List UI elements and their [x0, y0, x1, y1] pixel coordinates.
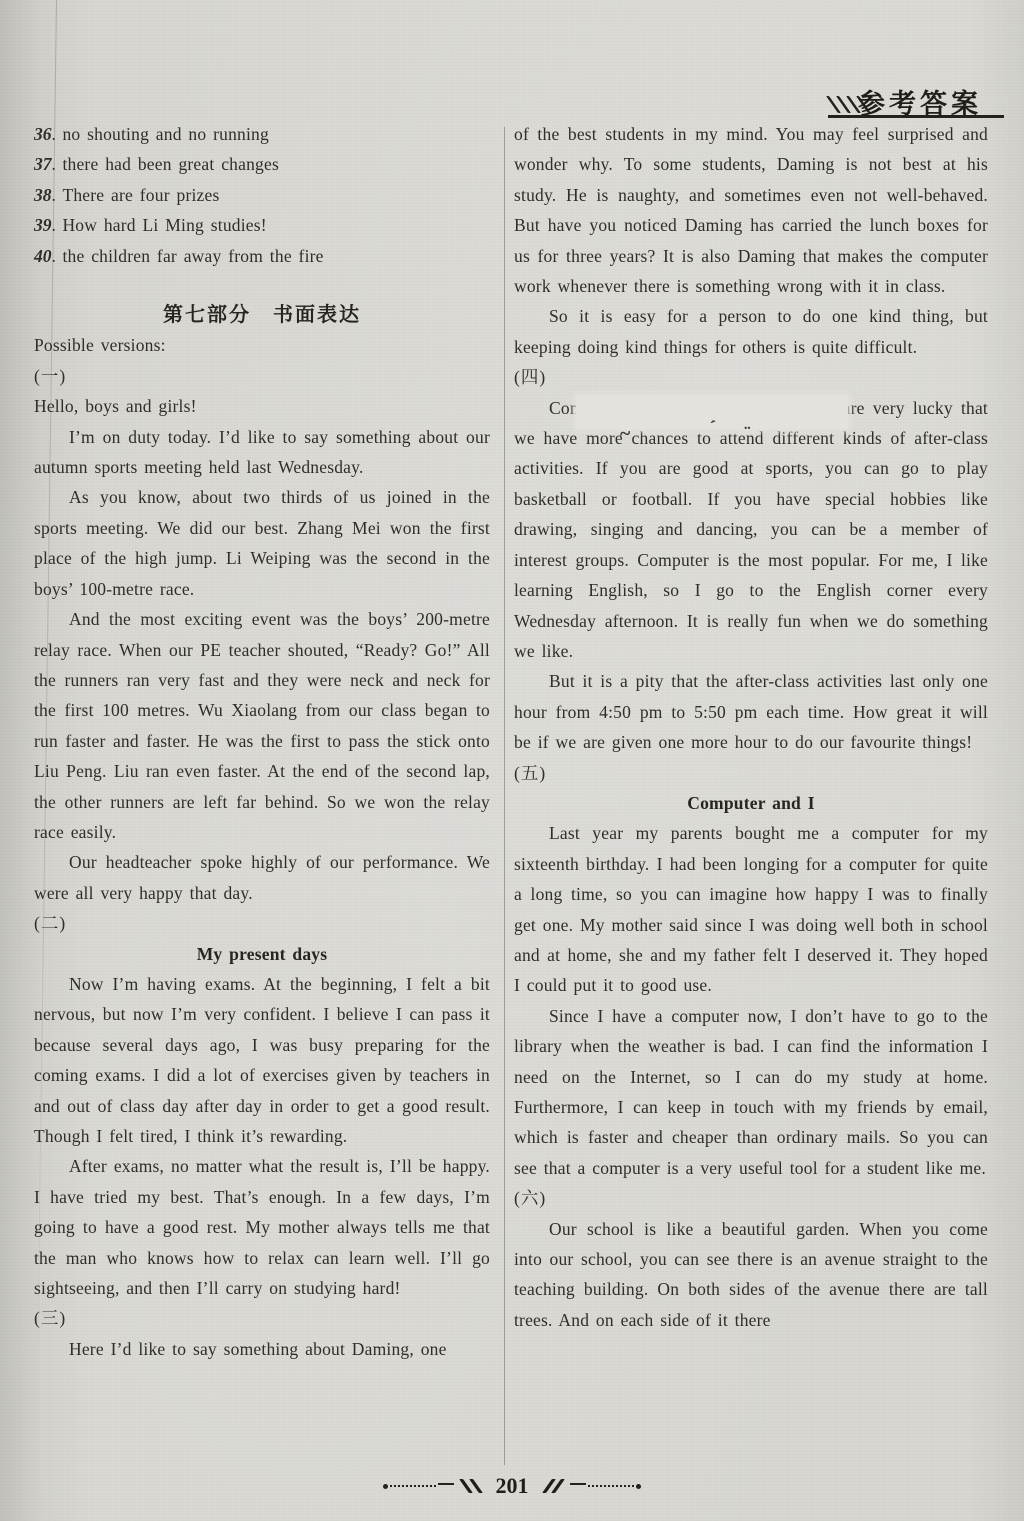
dotted-line-icon — [390, 1485, 436, 1487]
forward-slash-marks-icon — [547, 1479, 567, 1493]
scribble-mark: ~ — [619, 424, 631, 445]
essay-paragraph: Now I’m having exams. At the beginning, … — [34, 969, 490, 1151]
answer-item: 38There are four prizes — [34, 180, 490, 210]
essay-paragraph: Our headteacher spoke highly of our perf… — [34, 847, 490, 908]
essay-paragraph: Since I have a computer now, I don’t hav… — [514, 1001, 988, 1183]
essay-label: (一) — [34, 361, 490, 391]
possible-versions-label: Possible versions: — [34, 330, 490, 360]
essay-paragraph: Here I’d like to say something about Dam… — [34, 1334, 490, 1364]
essay-paragraph: I’m on duty today. I’d like to say somet… — [34, 422, 490, 483]
essay-label: (四) — [514, 362, 988, 392]
left-column: 36no shouting and no running 37there had… — [34, 119, 490, 1364]
answer-number: 40 — [34, 246, 62, 266]
answer-item: 36no shouting and no running — [34, 119, 490, 149]
answer-text: How hard Li Ming studies! — [62, 215, 266, 235]
page-number: 201 — [496, 1473, 529, 1499]
answer-number: 39 — [34, 215, 62, 235]
essay-paragraph: Our school is like a beautiful garden. W… — [514, 1214, 988, 1336]
essay-paragraph: So it is easy for a person to do one kin… — [514, 301, 988, 362]
essay-paragraph: And the most exciting event was the boys… — [34, 604, 490, 847]
answer-item: 37there had been great changes — [34, 149, 490, 179]
answer-number: 37 — [34, 154, 62, 174]
answer-number: 38 — [34, 185, 62, 205]
answer-text: there had been great changes — [62, 154, 279, 174]
essay-label: (五) — [514, 758, 988, 788]
answer-text: no shouting and no running — [62, 124, 269, 144]
essay-label: (三) — [34, 1303, 490, 1333]
dot-icon — [383, 1484, 388, 1489]
numbered-answer-list: 36no shouting and no running 37there had… — [34, 119, 490, 271]
essay-title: Computer and I — [514, 788, 988, 818]
backslash-marks-icon — [458, 1479, 478, 1493]
essay-paragraph: Last year my parents bought me a compute… — [514, 818, 988, 1000]
scribble-mark: ¨ — [744, 424, 753, 444]
essay-opening-line: Hello, boys and girls! — [34, 391, 490, 421]
answer-text: There are four prizes — [62, 185, 219, 205]
answer-item: 40the children far away from the fire — [34, 241, 490, 271]
right-column: of the best students in my mind. You may… — [514, 119, 988, 1335]
essay-paragraph-continued: of the best students in my mind. You may… — [514, 119, 988, 301]
dash-icon — [570, 1483, 586, 1486]
section-title: 第七部分 书面表达 — [34, 300, 490, 330]
header-underline — [828, 115, 1004, 118]
essay-paragraph: After exams, no matter what the result i… — [34, 1151, 490, 1303]
essay-paragraph: But it is a pity that the after-class ac… — [514, 666, 988, 757]
answer-text: the children far away from the fire — [62, 246, 323, 266]
essay-label: (六) — [514, 1183, 988, 1213]
dash-icon — [438, 1483, 454, 1486]
essay-paragraph: As you know, about two thirds of us join… — [34, 482, 490, 604]
dot-icon — [636, 1484, 641, 1489]
essay-label: (二) — [34, 908, 490, 938]
page-footer: 201 — [0, 1466, 1024, 1506]
footer-ornament-left-icon — [383, 1479, 482, 1493]
textbook-answer-page: 参考答案 36no shouting and no running 37ther… — [0, 0, 1024, 1521]
essay-title: My present days — [34, 939, 490, 969]
column-divider — [504, 127, 505, 1465]
page-header: 参考答案 — [0, 82, 1004, 122]
dotted-line-icon — [588, 1485, 634, 1487]
footer-ornament-right-icon — [543, 1479, 642, 1493]
answer-item: 39How hard Li Ming studies! — [34, 210, 490, 240]
answer-number: 36 — [34, 124, 62, 144]
